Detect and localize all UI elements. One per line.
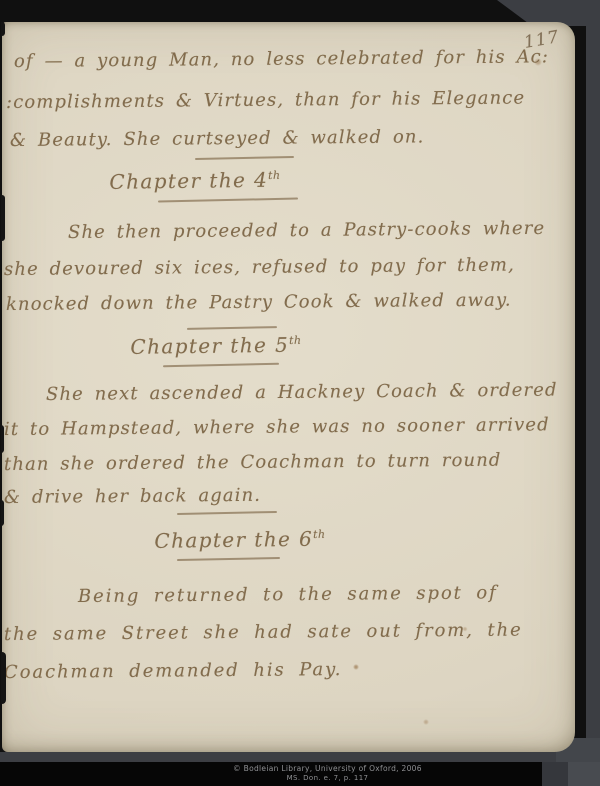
manuscript-line: it to Hampstead, where she was no sooner… [4,413,550,442]
manuscript-line: Being returned to the same spot of [78,581,498,609]
manuscript-line: the same Street she had sate out from, t… [4,618,523,647]
torn-edge-notch [1,22,5,36]
heading-rule [163,363,279,367]
torn-edge-notch [1,425,4,453]
manuscript-line: knocked down the Pastry Cook & walked aw… [6,289,512,317]
manuscript-line: than she ordered the Coachman to turn ro… [4,449,502,477]
torn-edge-notch [1,195,5,241]
chapter-heading-text: Chapter the 5 [130,333,289,359]
torn-edge-notch [1,652,6,704]
shelfmark-line: MS. Don. e. 7, p. 117 [55,774,600,783]
heading-rule [177,511,277,515]
heading-rule [195,156,294,160]
manuscript-line: she devoured six ices, refused to pay fo… [4,254,515,282]
torn-edge-notch [1,500,4,526]
chapter-ordinal-suffix: th [289,334,302,347]
chapter-ordinal-suffix: th [268,169,281,182]
chapter-ordinal-suffix: th [313,528,326,541]
chapter-heading: Chapter the 6th [130,521,350,554]
manuscript-line: of — a young Man, no less celebrated for… [14,45,549,74]
copyright-line: © Bodleian Library, University of Oxford… [55,764,600,773]
image-caption: © Bodleian Library, University of Oxford… [55,764,600,783]
heading-rule [158,198,298,203]
manuscript-line: She next ascended a Hackney Coach & orde… [46,379,558,407]
manuscript-page: 117 of — a young Man, no less celebrated… [2,22,575,752]
chapter-heading: Chapter the 4th [85,162,305,195]
chapter-heading-text: Chapter the 4 [109,168,268,194]
manuscript-photo: 117 of — a young Man, no less celebrated… [0,0,600,786]
manuscript-line: :complishments & Virtues, than for his E… [6,86,525,115]
manuscript-line: & Beauty. She curtseyed & walked on. [10,125,425,153]
manuscript-line: & drive her back again. [4,484,261,510]
chapter-heading-text: Chapter the 6 [154,527,313,553]
manuscript-line: She then proceeded to a Pastry-cooks whe… [68,217,545,245]
heading-rule [177,557,280,561]
manuscript-line: Coachman demanded his Pay. [4,658,343,685]
chapter-heading: Chapter the 5th [106,327,326,360]
